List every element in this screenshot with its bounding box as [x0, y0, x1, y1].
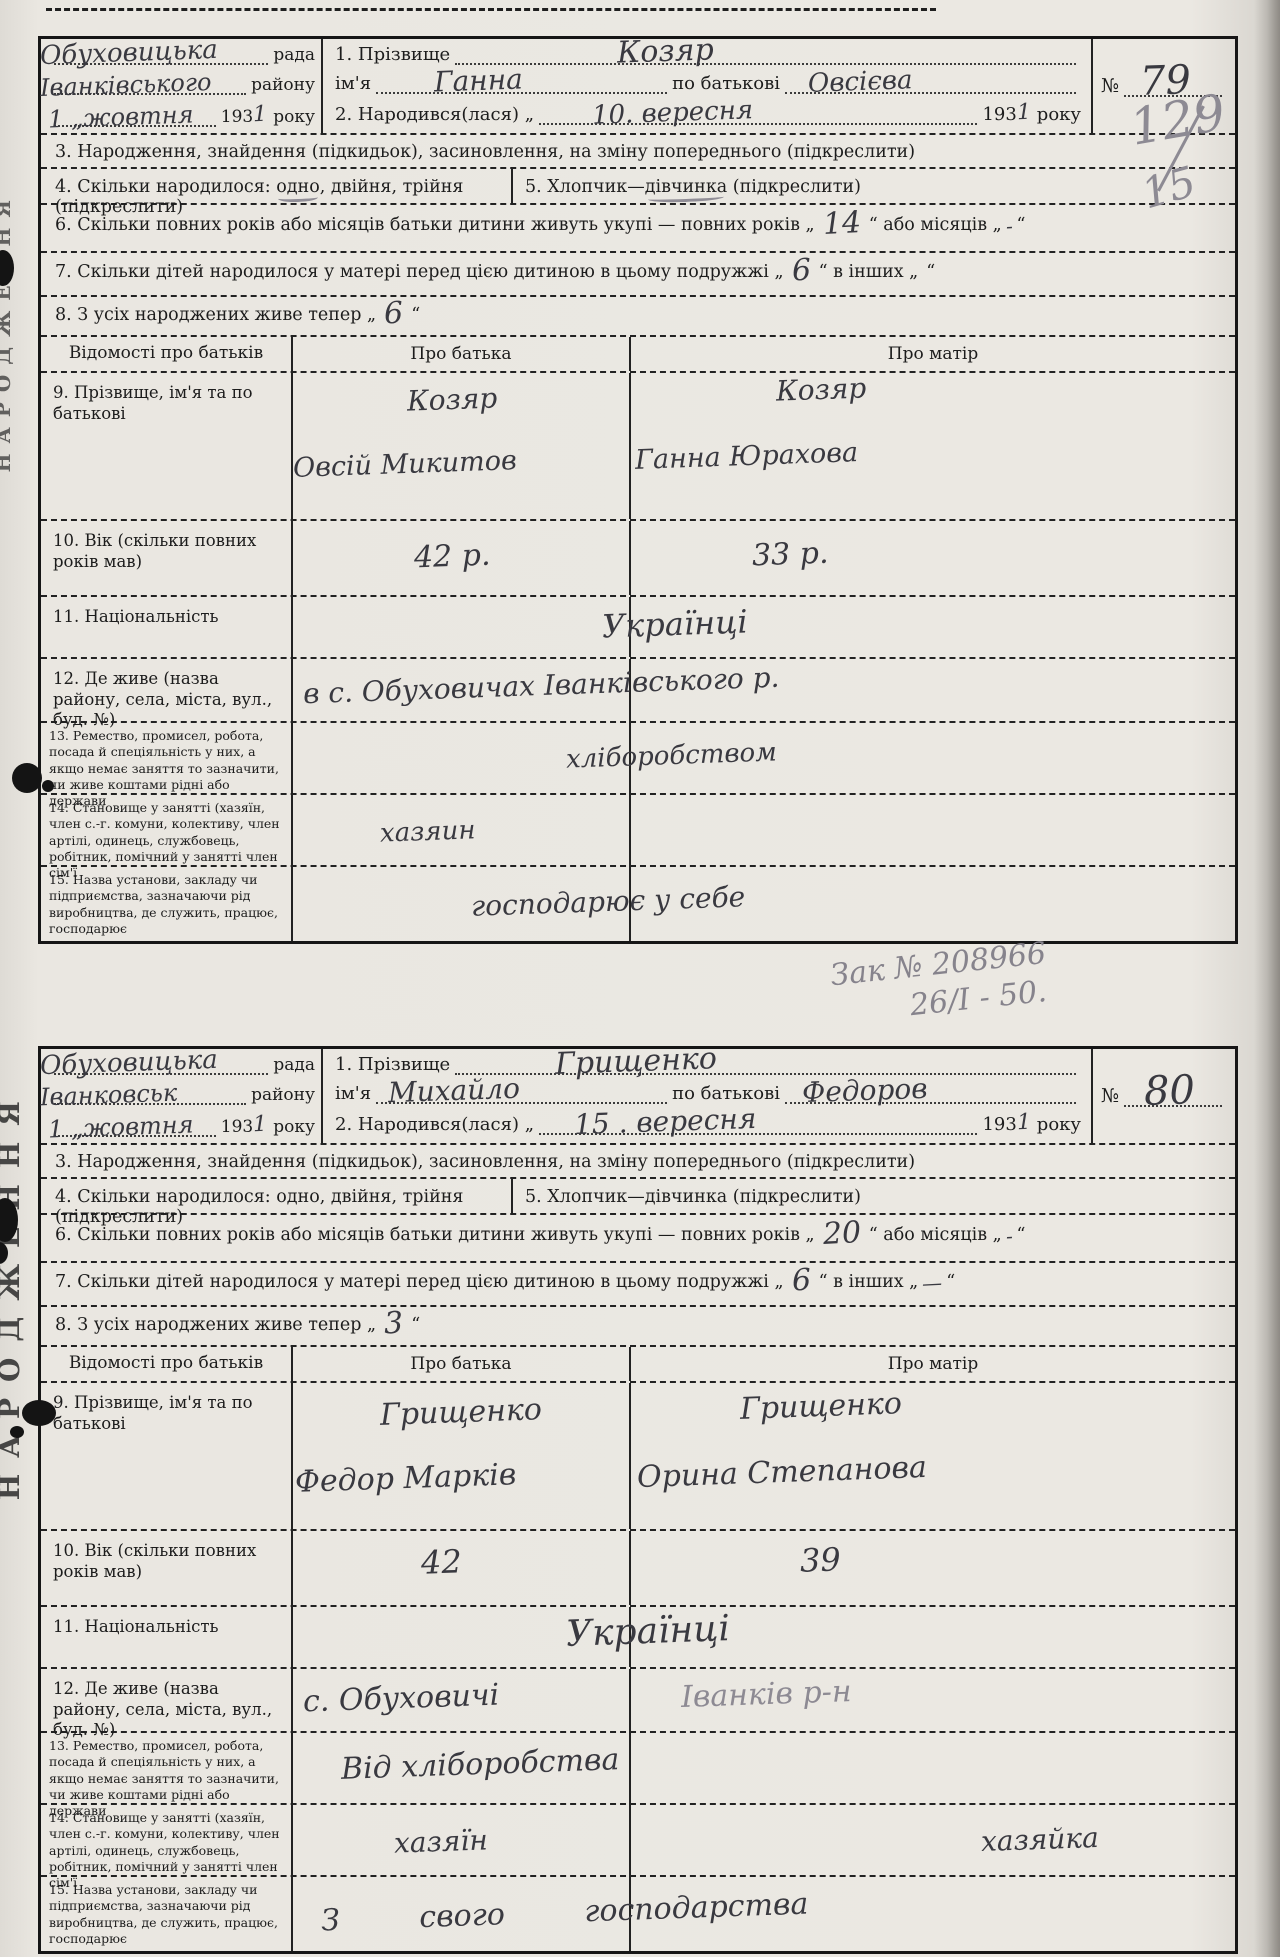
paper-damage	[10, 1426, 24, 1438]
row-4-5: 4. Скільки народилося: одно, двійня, трі…	[41, 1179, 1235, 1215]
born-label: 2. Народився(лася) „	[335, 105, 534, 125]
row-9-label: 9. Прізвище, ім'я та по батькові	[41, 1383, 293, 1529]
row-4-text: 4. Скільки народилося:	[55, 177, 276, 197]
row-8-text: 8. З усіх народжених живе тепер „	[55, 305, 376, 325]
record-number-box: № 80	[1093, 1049, 1235, 1143]
row-9-parent-names: 9. Прізвище, ім'я та по батькові Грищенк…	[41, 1383, 1235, 1531]
row-10-age: 10. Вік (скільки повних років мав) 42 39	[41, 1531, 1235, 1607]
row-5-text: (підкреслити)	[727, 1187, 861, 1207]
row-15-label: 15. Назва установи, закладу чи підприємс…	[41, 1877, 293, 1951]
row-8-children-alive: 8. З усіх народжених живе тепер „3“	[41, 1307, 1235, 1347]
mother-name-handwritten: Орина Степанова	[636, 1450, 927, 1495]
birth-year-digit-handwritten: 1	[1016, 101, 1031, 126]
registration-date-handwritten: 1 „жовтня	[48, 101, 194, 132]
year-prefix: 193	[221, 1118, 253, 1137]
row-9-label-text: 9. Прізвище, ім'я та по батькові	[53, 383, 253, 423]
row-5-sex: 5. Хлопчик—дівчинка (підкреслити)	[513, 169, 1235, 203]
row-13-occupation: 13. Ремество, промисел, робота, посада й…	[41, 1733, 1235, 1805]
district-line: Іванківського району	[49, 73, 315, 95]
name-patronymic-line: ім'я Ганна по батькові Овсієва	[335, 72, 1081, 94]
mother-name-cell: Грищенко Орина Степанова	[631, 1383, 1235, 1529]
header-about-father: Про батька	[293, 1347, 631, 1381]
row-4-multiplicity: 4. Скільки народилося: одно, двійня, трі…	[41, 169, 513, 203]
parents-table: Відомості про батьків Про батька Про мат…	[41, 337, 1235, 941]
mother-age-cell: 39	[631, 1531, 1235, 1605]
father-nationality-cell	[293, 597, 631, 657]
council-name-handwritten: Обуховицька	[40, 36, 219, 71]
children-before-handwritten: 6	[792, 271, 811, 272]
nationality-handwritten: Українці	[566, 1608, 731, 1655]
birth-record-form-80: Обуховицька рада Іванковськ району 1 „жо…	[38, 1046, 1238, 1954]
row-15-label-text: 15. Назва установи, закладу чи підприємс…	[49, 1882, 278, 1946]
nationality-handwritten: Українці	[602, 602, 749, 645]
row-11-nationality: 11. Національність Українці	[41, 1607, 1235, 1669]
birth-date-handwritten: 10. вересня	[591, 97, 753, 131]
residence-pencil-handwritten: Іванків р-н	[680, 1674, 852, 1715]
roku-label: року	[1037, 1115, 1081, 1135]
dotted-line: 15 . вересня	[539, 1113, 977, 1135]
row-12-residence: 12. Де живе (назва району, села, міста, …	[41, 659, 1235, 723]
child-surname-handwritten: Козяр	[616, 33, 714, 69]
child-surname-handwritten: Грищенко	[554, 1042, 717, 1081]
mother-status-handwritten: хазяйка	[981, 1821, 1100, 1858]
years-together-handwritten: 20	[823, 1233, 861, 1235]
row-3-text: 3. Народження, знайдення (підкидьок), за…	[55, 1152, 915, 1172]
district-label: району	[251, 1086, 315, 1105]
row-12-label-text: 12. Де живе (назва району, села, міста, …	[53, 1679, 272, 1739]
header-about-father: Про батька	[293, 337, 631, 371]
dotted-line: Іванковськ	[54, 1083, 246, 1105]
header-info-about-parents: Відомості про батьків	[41, 1347, 293, 1381]
row-15-enterprise: 15. Назва установи, закладу чи підприємс…	[41, 867, 1235, 941]
father-surname-handwritten: Козяр	[407, 381, 498, 417]
row-11-label-text: 11. Національність	[53, 1617, 218, 1636]
header-about-mother: Про матір	[631, 1347, 1235, 1381]
children-before-handwritten: 6	[792, 1281, 811, 1282]
row-6-text: 6. Скільки повних років або місяців бать…	[55, 1225, 815, 1245]
row-7-text: “ в інших „	[819, 1272, 919, 1292]
mother-name-cell: Козяр Ганна Юрахова	[631, 373, 1235, 519]
birth-record-form-79: Обуховицька рада Іванківського району 1 …	[38, 36, 1238, 944]
margin-vertical-text-top: НАРОДЖЕННЯ	[0, 190, 15, 472]
child-given-name-handwritten: Михайло	[387, 1074, 520, 1109]
record-number-handwritten: 80	[1143, 1068, 1195, 1114]
year-prefix: 193	[221, 108, 253, 127]
parents-table-header: Відомості про батьків Про батька Про мат…	[41, 1347, 1235, 1383]
row-10-label: 10. Вік (скільки повних років мав)	[41, 521, 293, 595]
father-name-cell: Грищенко Федор Марків	[293, 1383, 631, 1529]
patronymic-label: по батькові	[672, 1084, 780, 1104]
margin-vertical-text-bottom: НАРОДЖЕННЯ	[0, 1085, 26, 1500]
row-5-text: (підкреслити)	[727, 177, 861, 197]
header-child-block: 1. Прізвище Грищенко ім'я Михайло по бат…	[323, 1049, 1093, 1143]
row-5-underlined-word: дівчинка	[645, 177, 728, 197]
row-4-multiplicity: 4. Скільки народилося: одно, двійня, трі…	[41, 1179, 513, 1213]
child-patronymic-handwritten: Овсієва	[808, 66, 913, 98]
surname-line: 1. Прізвище Козяр	[335, 43, 1081, 65]
row-5-sex: 5. Хлопчик—дівчинка (підкреслити)	[513, 1179, 1235, 1213]
dotted-line: Овсієва	[785, 72, 1076, 94]
row-13-occupation: 13. Ремество, промисел, робота, посада й…	[41, 723, 1235, 795]
district-line: Іванковськ району	[49, 1083, 315, 1105]
father-name-handwritten: Федор Марків	[294, 1457, 516, 1500]
parents-table: Відомості про батьків Про батька Про мат…	[41, 1347, 1235, 1951]
parents-table-header: Відомості про батьків Про батька Про мат…	[41, 337, 1235, 373]
row-9-parent-names: 9. Прізвище, ім'я та по батькові Козяр О…	[41, 373, 1235, 521]
child-given-name-handwritten: Ганна	[434, 65, 524, 99]
row-3-birth-type: 3. Народження, знайдення (підкидьок), за…	[41, 1145, 1235, 1179]
row-10-label-text: 10. Вік (скільки повних років мав)	[53, 1541, 256, 1581]
row-11-label: 11. Національність	[41, 597, 293, 657]
row-11-label: 11. Національність	[41, 1607, 293, 1667]
years-together-handwritten: 14	[823, 223, 861, 225]
row-6-text: “ або місяців „	[869, 1225, 1002, 1245]
row-4-5: 4. Скільки народилося: одно, двійня, трі…	[41, 169, 1235, 205]
row-3-text: 3. Народження, знайдення (підкидьок), за…	[55, 142, 915, 162]
row-6-text: “ або місяців „	[869, 215, 1002, 235]
paper-damage	[42, 780, 54, 792]
district-name-handwritten: Іванківського	[40, 69, 212, 101]
surname-label: 1. Прізвище	[335, 45, 450, 65]
dotted-line: Грищенко	[455, 1053, 1076, 1075]
mother-name-handwritten: Ганна Юрахова	[635, 437, 859, 476]
number-label: №	[1101, 76, 1119, 97]
father-age-cell: 42	[293, 1531, 631, 1605]
surname-label: 1. Прізвище	[335, 1055, 450, 1075]
roku-label: року	[273, 1118, 315, 1137]
row-11-label-text: 11. Національність	[53, 607, 218, 626]
dotted-line: Обуховицька	[54, 1053, 268, 1075]
patronymic-label: по батькові	[672, 74, 780, 94]
dotted-line: Обуховицька	[54, 43, 268, 65]
row-10-label-text: 10. Вік (скільки повних років мав)	[53, 531, 256, 571]
form-header: Обуховицька рада Іванківського району 1 …	[41, 39, 1235, 135]
record-number-line: № 80	[1101, 1085, 1227, 1107]
row-7-children-before: 7. Скільки дітей народилося у матері пер…	[41, 1263, 1235, 1307]
father-surname-handwritten: Грищенко	[380, 1392, 543, 1433]
header-about-mother: Про матір	[631, 337, 1235, 371]
row-14-status: 14. Становище у занятті (хазяїн, член с.…	[41, 1805, 1235, 1877]
row-15-label-text: 15. Назва установи, закладу чи підприємс…	[49, 872, 278, 936]
row-7-text: 7. Скільки дітей народилося у матері пер…	[55, 1272, 784, 1292]
row-9-label: 9. Прізвище, ім'я та по батькові	[41, 373, 293, 519]
birth-date-line: 2. Народився(лася) „ 15 . вересня 193 1 …	[335, 1111, 1081, 1135]
given-name-label: ім'я	[335, 74, 371, 94]
father-status-handwritten: хазяїн	[393, 1823, 488, 1859]
children-other-handwritten: —	[922, 1282, 942, 1283]
row-15-enterprise: 15. Назва установи, закладу чи підприємс…	[41, 1877, 1235, 1951]
mother-surname-handwritten: Козяр	[775, 371, 866, 407]
council-line: Обуховицька рада	[49, 1053, 315, 1075]
year-prefix: 193	[982, 1115, 1016, 1135]
row-7-text: “ в інших „	[819, 262, 919, 282]
children-alive-handwritten: 3	[384, 1324, 403, 1325]
registration-year-digit-handwritten: 1	[253, 103, 268, 128]
row-14-status: 14. Становище у занятті (хазяїн, член с.…	[41, 795, 1235, 867]
given-name-label: ім'я	[335, 1084, 371, 1104]
council-label: рада	[273, 46, 315, 65]
dotted-line: 1 „жовтня	[54, 105, 216, 127]
row-5-word: дівчинка	[645, 1187, 728, 1207]
registration-year-digit-handwritten: 1	[253, 1113, 268, 1138]
district-name-handwritten: Іванковськ	[40, 1079, 178, 1110]
number-label: №	[1101, 1086, 1119, 1107]
surname-line: 1. Прізвище Грищенко	[335, 1053, 1081, 1075]
council-line: Обуховицька рада	[49, 43, 315, 65]
mother-age-handwritten: 33 р.	[751, 536, 829, 574]
row-6-text: 6. Скільки повних років або місяців бать…	[55, 215, 815, 235]
dotted-line: Федоров	[785, 1082, 1076, 1104]
paper-damage	[22, 1400, 56, 1426]
row-7-children-before: 7. Скільки дітей народилося у матері пер…	[41, 253, 1235, 297]
row-8-children-alive: 8. З усіх народжених живе тепер „6“	[41, 297, 1235, 337]
scan-edge-shadow	[1254, 0, 1280, 1957]
paper-damage	[12, 763, 42, 793]
mother-age-cell: 33 р.	[631, 521, 1235, 595]
quote-mark: “	[946, 1272, 955, 1292]
name-patronymic-line: ім'я Михайло по батькові Федоров	[335, 1082, 1081, 1104]
birth-date-handwritten: 15 . вересня	[574, 1104, 757, 1141]
registry-book-scan: НАРОДЖЕННЯ НАРОДЖЕННЯ Обуховицька рада І…	[0, 0, 1280, 1957]
dotted-line: Козяр	[455, 43, 1076, 65]
dotted-line: 1 „жовтня	[54, 1115, 216, 1137]
year-prefix: 193	[982, 105, 1016, 125]
registration-date-line: 1 „жовтня 193 1 року	[49, 103, 315, 127]
council-name-handwritten: Обуховицька	[40, 1046, 219, 1081]
form-header: Обуховицька рада Іванковськ району 1 „жо…	[41, 1049, 1235, 1145]
row-7-text: 7. Скільки дітей народилося у матері пер…	[55, 262, 784, 282]
row-11-nationality: 11. Національність Українці	[41, 597, 1235, 659]
header-council-block: Обуховицька рада Іванківського району 1 …	[41, 39, 323, 133]
dotted-line: 10. вересня	[539, 103, 977, 125]
quote-mark: “	[926, 262, 935, 282]
archive-pencil-note: Зак № 208966 26/І - 50.	[829, 935, 1052, 1032]
father-name-handwritten: Овсій Микитов	[293, 445, 518, 484]
row-10-label: 10. Вік (скільки повних років мав)	[41, 1531, 293, 1605]
row-5-text: 5. Хлопчик—	[525, 177, 645, 197]
dotted-line: Іванківського	[54, 73, 246, 95]
row-4-text: 4. Скільки народилося:	[55, 1187, 276, 1207]
row-6-years-together: 6. Скільки повних років або місяців бать…	[41, 205, 1235, 253]
father-name-cell: Козяр Овсій Микитов	[293, 373, 631, 519]
quote-mark: “	[1016, 215, 1025, 235]
father-status-handwritten: хазяин	[380, 815, 476, 848]
children-alive-handwritten: 6	[384, 314, 403, 315]
row-9-label-text: 9. Прізвище, ім'я та по батькові	[53, 1393, 253, 1433]
dotted-line: Михайло	[376, 1082, 667, 1104]
previous-form-edge-line	[46, 8, 936, 11]
mother-age-handwritten: 39	[799, 1540, 841, 1579]
row-10-age: 10. Вік (скільки повних років мав) 42 р.…	[41, 521, 1235, 597]
quote-mark: “	[411, 1315, 420, 1335]
record-number-box: № 79 129 15	[1093, 39, 1235, 133]
dotted-line: 80	[1124, 1085, 1222, 1107]
header-info-about-parents: Відомості про батьків	[41, 337, 293, 371]
row-4-underlined-word: одно	[276, 177, 320, 197]
row-6-years-together: 6. Скільки повних років або місяців бать…	[41, 1215, 1235, 1263]
born-label: 2. Народився(лася) „	[335, 1115, 534, 1135]
row-12-label-text: 12. Де живе (назва району, села, міста, …	[53, 669, 272, 729]
row-8-text: 8. З усіх народжених живе тепер „	[55, 1315, 376, 1335]
father-age-cell: 42 р.	[293, 521, 631, 595]
header-child-block: 1. Прізвище Козяр ім'я Ганна по батькові…	[323, 39, 1093, 133]
row-5-text: 5. Хлопчик—	[525, 1187, 645, 1207]
row-12-residence: 12. Де живе (назва району, села, міста, …	[41, 1669, 1235, 1733]
father-age-handwritten: 42 р.	[413, 538, 491, 576]
residence-handwritten: с. Обуховичі	[302, 1678, 499, 1720]
council-label: рада	[273, 1056, 315, 1075]
quote-mark: “	[411, 305, 420, 325]
roku-label: року	[273, 108, 315, 127]
row-4-word: одно	[276, 1187, 320, 1207]
birth-year-digit-handwritten: 1	[1016, 1111, 1031, 1136]
father-age-handwritten: 42	[420, 1542, 462, 1581]
header-council-block: Обуховицька рада Іванковськ району 1 „жо…	[41, 1049, 323, 1143]
row-3-birth-type: 3. Народження, знайдення (підкидьок), за…	[41, 135, 1235, 169]
registration-date-line: 1 „жовтня 193 1 року	[49, 1113, 315, 1137]
registration-date-handwritten: 1 „жовтня	[48, 1111, 194, 1142]
birth-date-line: 2. Народився(лася) „ 10. вересня 193 1 р…	[335, 101, 1081, 125]
mother-surname-handwritten: Грищенко	[739, 1386, 902, 1427]
child-patronymic-handwritten: Федоров	[802, 1074, 928, 1109]
dotted-line: Ганна	[376, 72, 667, 94]
district-label: району	[251, 76, 315, 95]
row-15-label: 15. Назва установи, закладу чи підприємс…	[41, 867, 293, 941]
roku-label: року	[1037, 105, 1081, 125]
quote-mark: “	[1016, 1225, 1025, 1245]
